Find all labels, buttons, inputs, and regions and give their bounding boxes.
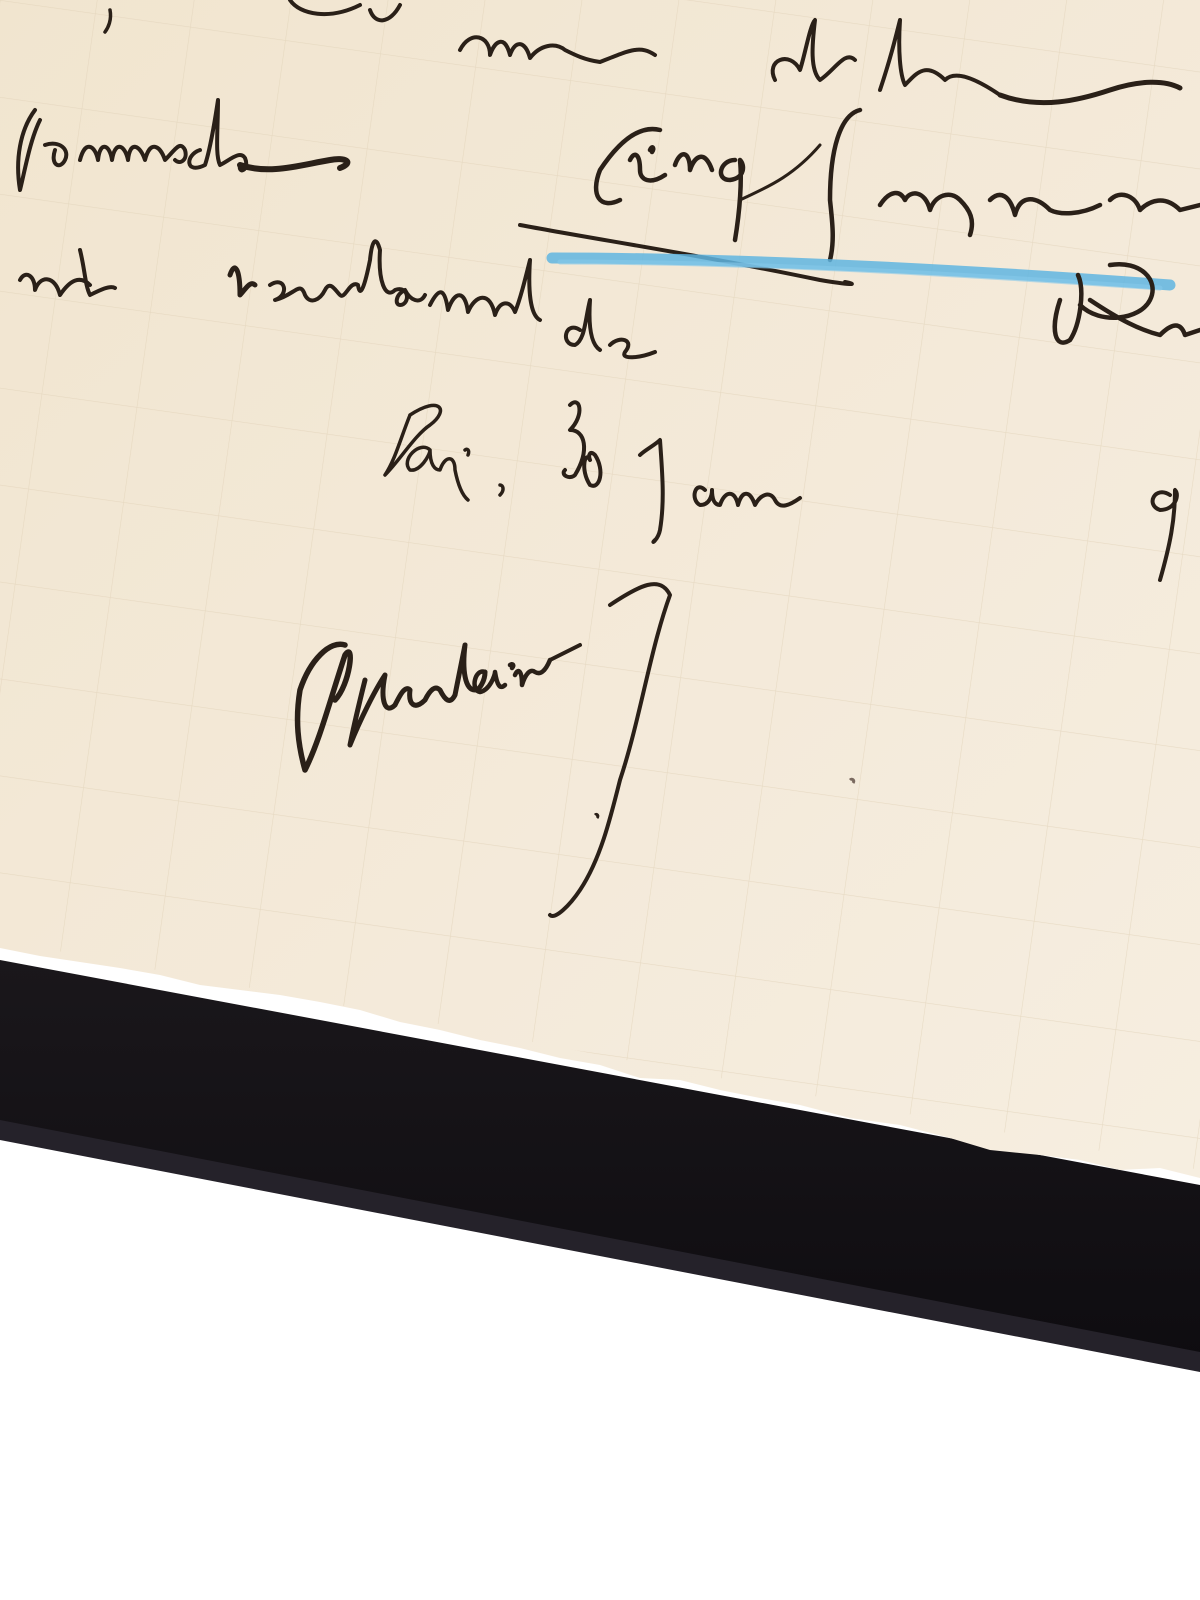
letter-photo: et avec et chez somme de Cinq francs Cin… — [0, 0, 1200, 1600]
